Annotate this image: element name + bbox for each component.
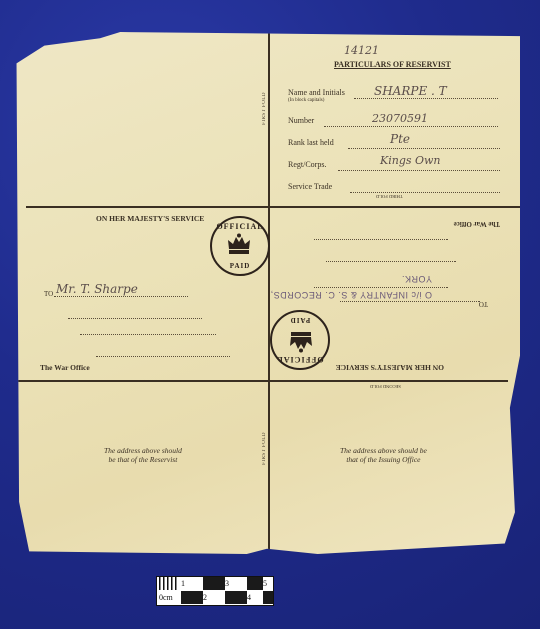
rank-value: Pte — [390, 132, 410, 146]
crown-icon — [288, 329, 314, 353]
scale-ticks — [159, 577, 179, 590]
rank-label: Rank last held — [288, 138, 334, 147]
right-war-office: The War Office — [454, 220, 500, 228]
left-address-line-4 — [96, 356, 230, 357]
official-paid-stamp-right: OFFICIAL PAID — [270, 310, 330, 370]
number-value: 23070591 — [372, 112, 428, 125]
left-to-value: Mr. T. Sharpe — [56, 282, 138, 296]
bottom-left-note: The address above should be that of the … — [104, 446, 182, 464]
left-war-office: The War Office — [40, 363, 90, 372]
regt-value: Kings Own — [380, 154, 441, 167]
right-address-line-2 — [326, 261, 456, 262]
name-line — [354, 98, 498, 99]
number-line — [324, 126, 498, 127]
number-label: Number — [288, 116, 314, 125]
serial-number: 14121 — [344, 44, 379, 57]
right-ohms-header: ON HER MAJESTY'S SERVICE — [336, 363, 444, 372]
name-label: Name and Initials — [288, 88, 345, 97]
regt-line — [338, 170, 500, 171]
service-trade-line — [350, 192, 500, 193]
second-fold-label: SECOND FOLD — [370, 384, 401, 389]
rank-line — [348, 148, 500, 149]
scale-bar: 1 3 5 0cm 2 4 — [156, 576, 274, 606]
left-address-line-3 — [80, 334, 216, 335]
name-value: SHARPE . T — [374, 84, 447, 98]
lower-fold-line — [14, 380, 508, 382]
right-address-records: O i/c INFANTRY & S. C. RECORDS, — [270, 290, 432, 300]
regt-label: Regt/Corps. — [288, 160, 326, 169]
official-paid-stamp-left: OFFICIAL PAID — [210, 216, 270, 276]
third-fold-label: THIRD FOLD — [376, 194, 403, 199]
right-address-york: YORK. — [401, 274, 432, 284]
right-address-line-1 — [314, 239, 448, 240]
inverted-envelope-face: The War Office YORK. O i/c INFANTRY & S.… — [270, 208, 508, 378]
name-sublabel: (In block capitals) — [288, 98, 324, 103]
first-fold-label-top: FIRST FOLD — [262, 92, 267, 125]
reservist-form-document: FIRST FOLD FIRST FOLD 14121 PARTICULARS … — [14, 32, 520, 554]
left-address-line-2 — [68, 318, 202, 319]
service-trade-label: Service Trade — [288, 182, 332, 191]
right-address-line-4 — [340, 301, 480, 302]
left-to-label: TO — [44, 290, 53, 298]
left-ohms-header: ON HER MAJESTY'S SERVICE — [96, 214, 204, 223]
first-fold-label-bottom: FIRST FOLD — [262, 432, 267, 465]
right-address-line-3 — [314, 287, 448, 288]
crown-icon — [226, 233, 252, 257]
right-to-label: TO — [479, 300, 488, 308]
bottom-right-note: The address above should be that of the … — [340, 446, 427, 464]
left-address-line-1 — [54, 296, 188, 297]
particulars-title: PARTICULARS OF RESERVIST — [334, 60, 451, 69]
